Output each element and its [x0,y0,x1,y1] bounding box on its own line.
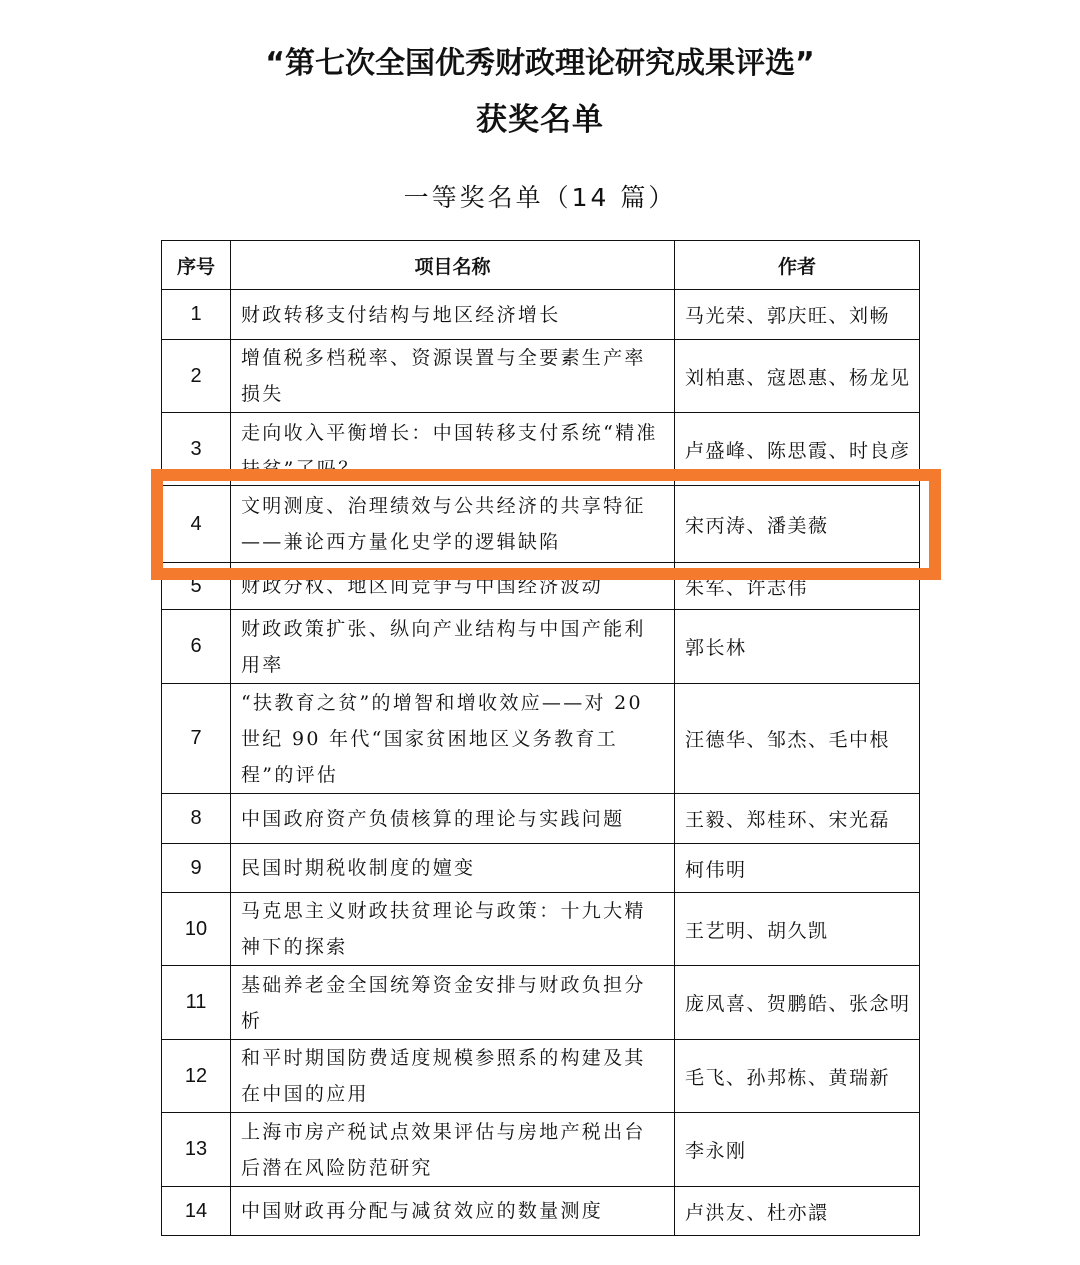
row-authors: 宋丙涛、潘美薇 [675,486,920,563]
row-authors: 朱军、许志伟 [675,563,920,610]
row-title: 财政政策扩张、纵向产业结构与中国产能利用率 [231,610,675,684]
row-title: 中国政府资产负债核算的理论与实践问题 [231,794,675,844]
row-authors: 王艺明、胡久凯 [675,893,920,966]
row-title: 增值税多档税率、资源误置与全要素生产率损失 [231,340,675,413]
table-row: 3 走向收入平衡增长：中国转移支付系统“精准扶贫”了吗？ 卢盛峰、陈思霞、时良彦 [162,413,920,486]
table-row: 11 基础养老金全国统筹资金安排与财政负担分析 庞凤喜、贺鹏皓、张念明 [162,966,920,1040]
row-no: 11 [162,966,231,1040]
row-no: 7 [162,684,231,794]
row-no: 3 [162,413,231,486]
table-row-highlighted: 4 文明测度、治理绩效与公共经济的共享特征——兼论西方量化史学的逻辑缺陷 宋丙涛… [162,486,920,563]
row-authors: 柯伟明 [675,844,920,893]
row-title: 文明测度、治理绩效与公共经济的共享特征——兼论西方量化史学的逻辑缺陷 [231,486,675,563]
row-title: 财政转移支付结构与地区经济增长 [231,290,675,340]
table-row: 8 中国政府资产负债核算的理论与实践问题 王毅、郑桂环、宋光磊 [162,794,920,844]
row-no: 2 [162,340,231,413]
table-row: 1 财政转移支付结构与地区经济增长 马光荣、郭庆旺、刘畅 [162,290,920,340]
table-row: 5 财政分权、地区间竞争与中国经济波动 朱军、许志伟 [162,563,920,610]
table-row: 10 马克思主义财政扶贫理论与政策：十九大精神下的探索 王艺明、胡久凯 [162,893,920,966]
header-no: 序号 [162,241,231,290]
row-no: 6 [162,610,231,684]
table-header-row: 序号 项目名称 作者 [162,241,920,290]
document-title: “第七次全国优秀财政理论研究成果评选” [0,38,1080,82]
row-authors: 庞凤喜、贺鹏皓、张念明 [675,966,920,1040]
row-title: 财政分权、地区间竞争与中国经济波动 [231,563,675,610]
table-row: 13 上海市房产税试点效果评估与房地产税出台后潜在风险防范研究 李永刚 [162,1113,920,1187]
row-authors: 王毅、郑桂环、宋光磊 [675,794,920,844]
table-row: 2 增值税多档税率、资源误置与全要素生产率损失 刘柏惠、寇恩惠、杨龙见 [162,340,920,413]
row-authors: 郭长林 [675,610,920,684]
table-row: 7 “扶教育之贫”的增智和增收效应——对 20 世纪 90 年代“国家贫困地区义… [162,684,920,794]
row-no: 8 [162,794,231,844]
row-authors: 刘柏惠、寇恩惠、杨龙见 [675,340,920,413]
row-title: 和平时期国防费适度规模参照系的构建及其在中国的应用 [231,1040,675,1113]
row-title: 上海市房产税试点效果评估与房地产税出台后潜在风险防范研究 [231,1113,675,1187]
header-authors: 作者 [675,241,920,290]
row-title: 中国财政再分配与减贫效应的数量测度 [231,1187,675,1236]
row-no: 13 [162,1113,231,1187]
row-authors: 卢洪友、杜亦譞 [675,1187,920,1236]
row-authors: 毛飞、孙邦栋、黄瑞新 [675,1040,920,1113]
document-subtitle: 获奖名单 [0,94,1080,139]
table-row: 6 财政政策扩张、纵向产业结构与中国产能利用率 郭长林 [162,610,920,684]
row-title: 基础养老金全国统筹资金安排与财政负担分析 [231,966,675,1040]
row-authors: 李永刚 [675,1113,920,1187]
row-no: 5 [162,563,231,610]
row-no: 1 [162,290,231,340]
row-authors: 卢盛峰、陈思霞、时良彦 [675,413,920,486]
row-no: 4 [162,486,231,563]
row-no: 14 [162,1187,231,1236]
row-title: 马克思主义财政扶贫理论与政策：十九大精神下的探索 [231,893,675,966]
row-authors: 马光荣、郭庆旺、刘畅 [675,290,920,340]
row-no: 9 [162,844,231,893]
table-row: 9 民国时期税收制度的嬗变 柯伟明 [162,844,920,893]
row-title: “扶教育之贫”的增智和增收效应——对 20 世纪 90 年代“国家贫困地区义务教… [231,684,675,794]
table-row: 12 和平时期国防费适度规模参照系的构建及其在中国的应用 毛飞、孙邦栋、黄瑞新 [162,1040,920,1113]
header-title: 项目名称 [231,241,675,290]
table-row: 14 中国财政再分配与减贫效应的数量测度 卢洪友、杜亦譞 [162,1187,920,1236]
row-title: 走向收入平衡增长：中国转移支付系统“精准扶贫”了吗？ [241,413,666,485]
award-table: 序号 项目名称 作者 1 财政转移支付结构与地区经济增长 马光荣、郭庆旺、刘畅 … [161,240,920,1236]
row-no: 12 [162,1040,231,1113]
row-no: 10 [162,893,231,966]
section-title: 一等奖名单（14 篇） [0,178,1080,214]
row-title: 民国时期税收制度的嬗变 [231,844,675,893]
row-authors: 汪德华、邹杰、毛中根 [675,684,920,794]
